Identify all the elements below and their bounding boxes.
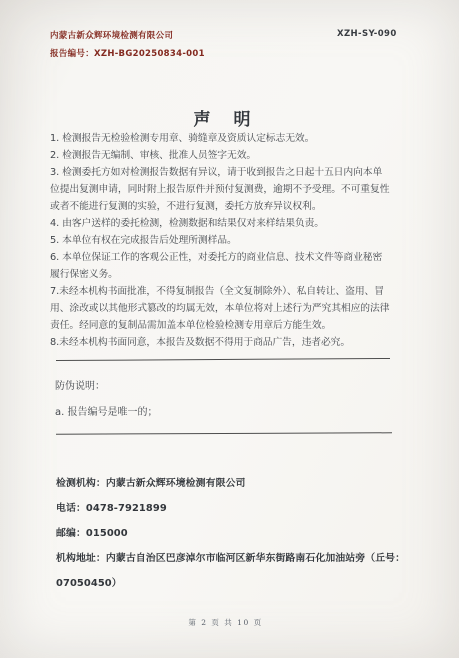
header-company-name: 内蒙古新众辉环境检测有限公司 <box>50 29 173 41</box>
horizontal-rule-bottom <box>56 432 392 434</box>
statement-line: 8.未经本机构书面同意，本报告及数据不得用于商品广告，违者必究。 <box>50 334 398 351</box>
document-page: 内蒙古新众辉环境检测有限公司 报告编号：XZH-BG20250834-001 X… <box>0 0 459 658</box>
header-report-number: 报告编号：XZH-BG20250834-001 <box>50 47 205 59</box>
anti-counterfeit-item-a: a. 报告编号是唯一的； <box>55 403 158 418</box>
statement-title: 声 明 <box>0 105 447 130</box>
statement-line: 位提出复测申请，同时附上报告原件并预付复测费，逾期不予受理。不可重复性 <box>50 181 398 198</box>
statement-line: 5. 本单位有权在完成报告后处理所测样品。 <box>50 232 398 249</box>
horizontal-rule-top <box>56 358 390 361</box>
statement-line: 6. 本单位保证工作的客观公正性，对委托方的商业信息、技术文件等商业秘密 <box>50 249 398 266</box>
statement-line: 2. 检测报告无编制、审核、批准人员签字无效。 <box>50 147 398 164</box>
contact-block: 检测机构：内蒙古新众辉环境检测有限公司 电话：0478-7921899 邮编：0… <box>56 477 405 602</box>
statement-line: 7.未经本机构书面批准，不得复制报告（全文复制除外）、私自转让、盗用、冒 <box>50 283 398 300</box>
contact-phone: 电话：0478-7921899 <box>56 502 405 515</box>
contact-address-line2: 07050450） <box>56 577 405 590</box>
page-number: 第 2 页 共 10 页 <box>0 617 451 628</box>
contact-agency: 检测机构：内蒙古新众辉环境检测有限公司 <box>56 477 405 490</box>
statement-line: 4. 由客户送样的委托检测，检测数据和结果仅对来样结果负责。 <box>50 215 398 232</box>
anti-counterfeit-heading: 防伪说明： <box>55 377 105 392</box>
statement-line: 用、涂改或以其他形式篡改的均属无效，本单位将对上述行为严究其相应的法律 <box>50 300 398 317</box>
contact-postcode: 邮编：015000 <box>56 527 405 540</box>
statement-body: 1. 检测报告无检验检测专用章、骑缝章及资质认定标志无效。 2. 检测报告无编制… <box>50 130 398 351</box>
statement-line: 履行保密义务。 <box>50 266 398 283</box>
statement-line: 责任。经同意的复制品需加盖本单位检验检测专用章后方能生效。 <box>50 317 398 334</box>
statement-line: 1. 检测报告无检验检测专用章、骑缝章及资质认定标志无效。 <box>50 130 398 147</box>
contact-address-line1: 机构地址：内蒙古自治区巴彦淖尔市临河区新华东街路南石化加油站旁（丘号： <box>56 552 405 565</box>
header-doc-code: XZH-SY-090 <box>337 29 397 39</box>
statement-line: 3. 检测委托方如对检测报告数据有异议，请于收到报告之日起十五日内向本单 <box>50 164 398 181</box>
statement-line: 或者不能进行复测的实验，不进行复测，委托方放弃异议权利。 <box>50 198 398 215</box>
